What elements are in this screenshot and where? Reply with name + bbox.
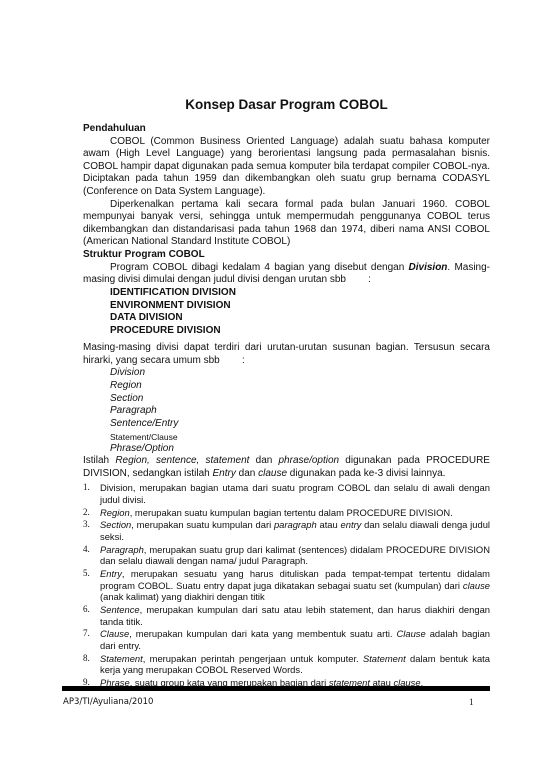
- list-number: 6.: [83, 604, 95, 616]
- text: dan: [249, 455, 278, 466]
- list-number: 5.: [83, 568, 95, 580]
- term: Entry: [213, 468, 236, 479]
- definition: , merupakan suatu grup dari kalimat (sen…: [100, 544, 490, 567]
- division-item: ENVIRONMENT DIVISION: [110, 300, 490, 313]
- hierarchy-item: Sentence/Entry: [110, 418, 490, 431]
- list-number: 2.: [83, 507, 95, 519]
- list-number: 4.: [83, 544, 95, 556]
- definition: , merupakan suatu kumpulan dari: [131, 519, 274, 530]
- list-item: 5.Entry, merupakan sesuatu yang harus di…: [83, 568, 490, 603]
- definition: , merupakan suatu kumpulan bagian terten…: [130, 507, 453, 518]
- term: Sentence: [100, 604, 140, 615]
- division-item: PROCEDURE DIVISION: [110, 325, 490, 338]
- text: Program COBOL dibagi kedalam 4 bagian ya…: [110, 262, 409, 273]
- term: Clause: [397, 628, 426, 639]
- hierarchy-item: Region: [110, 380, 490, 393]
- division-item: IDENTIFICATION DIVISION: [110, 287, 490, 300]
- hierarchy-item: Paragraph: [110, 405, 490, 418]
- term: Division: [100, 482, 133, 493]
- term: Paragraph: [100, 544, 144, 555]
- term: phrase/option: [279, 455, 340, 466]
- hierarchy-item: Statement/Clause: [110, 431, 490, 444]
- term: Region, sentence, statement: [115, 455, 249, 466]
- term: Region: [100, 507, 130, 518]
- definition: , merupakan perintah pengerjaan untuk ko…: [143, 653, 363, 664]
- definition: , merupakan kumpulan dari kata yang memb…: [129, 628, 396, 639]
- term: clause: [463, 580, 490, 591]
- list-number: 7.: [83, 628, 95, 640]
- term: paragraph: [274, 519, 317, 530]
- page-title: Konsep Dasar Program COBOL: [83, 97, 490, 112]
- paragraph-history: Diperkenalkan pertama kali secara formal…: [83, 199, 490, 249]
- list-item: 6.Sentence, merupakan kumpulan dari satu…: [83, 604, 490, 627]
- definition: , merupakan sesuatu yang harus dituliska…: [100, 568, 490, 591]
- definition: , merupakan kumpulan dari satu atau lebi…: [100, 604, 490, 627]
- list-item: 4.Paragraph, merupakan suatu grup dari k…: [83, 544, 490, 567]
- paragraph-intro: COBOL (Common Business Oriented Language…: [83, 136, 490, 199]
- definition: , merupakan bagian utama dari suatu prog…: [100, 482, 490, 505]
- term: clause: [258, 468, 287, 479]
- page-number: 1: [469, 697, 474, 707]
- section-istilah: Istilah Region, sentence, statement dan …: [83, 455, 490, 690]
- footer-rule: [62, 686, 490, 691]
- term: Clause: [100, 628, 129, 639]
- hierarchy-list: Division Region Section Paragraph Senten…: [83, 367, 490, 456]
- definition: atau: [317, 519, 341, 530]
- hierarchy-item: Division: [110, 367, 490, 380]
- text: dan: [236, 468, 258, 479]
- heading-struktur: Struktur Program COBOL: [83, 249, 490, 262]
- list-item: 1.Division, merupakan bagian utama dari …: [83, 482, 490, 505]
- term: Entry: [100, 568, 122, 579]
- paragraph-struktur-intro: Program COBOL dibagi kedalam 4 bagian ya…: [83, 262, 490, 287]
- section-hierarchy: Masing-masing divisi dapat terdiri dari …: [83, 342, 490, 456]
- list-number: 3.: [83, 519, 95, 531]
- section-struktur: Struktur Program COBOL Program COBOL dib…: [83, 249, 490, 338]
- section-pendahuluan: Pendahuluan COBOL (Common Business Orien…: [83, 123, 490, 249]
- text: Istilah: [83, 455, 115, 466]
- term: Statement: [363, 653, 406, 664]
- term: Section: [100, 519, 131, 530]
- list-item: 8.Statement, merupakan perintah pengerja…: [83, 653, 490, 676]
- text: digunakan pada ke-3 divisi lainnya.: [287, 468, 445, 479]
- heading-pendahuluan: Pendahuluan: [83, 123, 490, 136]
- paragraph-hierarchy-intro: Masing-masing divisi dapat terdiri dari …: [83, 342, 490, 367]
- term: entry: [341, 519, 362, 530]
- division-item: DATA DIVISION: [110, 312, 490, 325]
- definition-list: 1.Division, merupakan bagian utama dari …: [83, 482, 490, 689]
- list-item: 3.Section, merupakan suatu kumpulan dari…: [83, 519, 490, 542]
- list-number: 1.: [83, 482, 95, 494]
- definition: (anak kalimat) yang diakhiri dengan titi…: [100, 591, 265, 602]
- paragraph-istilah: Istilah Region, sentence, statement dan …: [83, 455, 490, 480]
- list-item: 7.Clause, merupakan kumpulan dari kata y…: [83, 628, 490, 651]
- hierarchy-item: Section: [110, 393, 490, 406]
- list-number: 8.: [83, 653, 95, 665]
- division-list: IDENTIFICATION DIVISION ENVIRONMENT DIVI…: [83, 287, 490, 338]
- term: Statement: [100, 653, 143, 664]
- footer-author: AP3/TI/Ayuliana/2010: [63, 697, 153, 707]
- term-division: Division: [409, 262, 448, 273]
- list-item: 2.Region, merupakan suatu kumpulan bagia…: [83, 507, 490, 519]
